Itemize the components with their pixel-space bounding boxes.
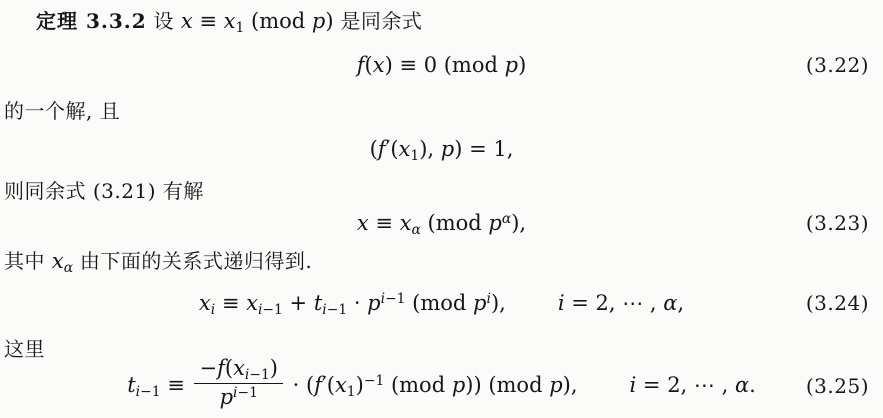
paragraph-where-recursive: 其中 xα 由下面的关系式递归得到. — [0, 248, 883, 274]
where-post-text: 由下面的关系式递归得到. — [73, 249, 312, 273]
equation-3-23-number: (3.23) — [806, 210, 869, 236]
equation-3-22: f(x) ≡ 0 (mod p) (3.22) — [0, 52, 883, 78]
equation-3-22-math: f(x) ≡ 0 (mod p) — [357, 53, 527, 77]
equation-3-25: ti−1 ≡ −f(xi−1)pi−1 · (f′(x1)−1 (mod p))… — [0, 360, 883, 412]
theorem-statement: 定理 3.3.2 设 x ≡ x1 (mod p) 是同余式 — [0, 8, 883, 34]
paragraph-then-congruence: 则同余式 (3.21) 有解 — [0, 178, 883, 204]
paragraph-one-solution: 的一个解, 且 — [0, 98, 883, 124]
equation-3-25-number: (3.25) — [806, 373, 869, 399]
where-pre-text: 其中 — [4, 249, 52, 273]
theorem-label: 定理 3.3.2 — [36, 9, 147, 33]
textbook-page: 定理 3.3.2 设 x ≡ x1 (mod p) 是同余式 f(x) ≡ 0 … — [0, 0, 883, 418]
equation-derivative-condition-math: (f′(x1), p) = 1, — [370, 137, 514, 161]
equation-3-23-math: x ≡ xα (mod pα), — [357, 211, 526, 235]
equation-3-22-number: (3.22) — [806, 52, 869, 78]
equation-3-24-number: (3.24) — [806, 290, 869, 316]
inline-math-x-alpha: xα — [52, 249, 73, 273]
theorem-post-text: 是同余式 — [334, 9, 423, 33]
theorem-pre-text: 设 — [147, 9, 181, 33]
inline-math-congruence-x: x ≡ x1 (mod p) — [181, 9, 334, 33]
equation-3-24-math: xi ≡ xi−1 + ti−1 · pi−1 (mod pi),i = 2, … — [199, 291, 684, 315]
equation-derivative-condition: (f′(x1), p) = 1, — [0, 136, 883, 162]
equation-3-25-math: ti−1 ≡ −f(xi−1)pi−1 · (f′(x1)−1 (mod p))… — [127, 373, 756, 397]
paragraph-here: 这里 — [0, 336, 883, 362]
equation-3-24: xi ≡ xi−1 + ti−1 · pi−1 (mod pi),i = 2, … — [0, 290, 883, 316]
equation-3-23: x ≡ xα (mod pα), (3.23) — [0, 210, 883, 236]
